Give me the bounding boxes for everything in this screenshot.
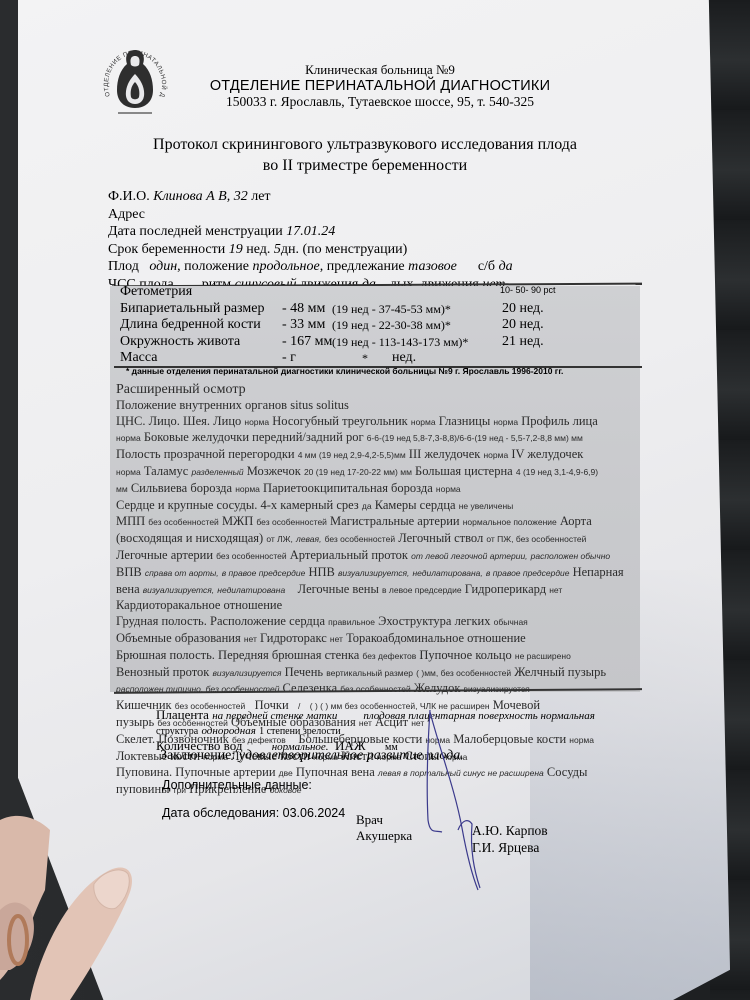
text-fragment: норма (116, 467, 141, 477)
text-fragment: Протокол скринингового ультразвукового и… (100, 134, 630, 155)
text-fragment: тазовое (408, 259, 457, 274)
text-fragment: без особенностей (216, 551, 287, 561)
text-fragment: нормальное положение (463, 517, 557, 527)
text-fragment: Положение внутренних органов situs solit… (116, 398, 640, 414)
text-fragment: Сильвиева борозда (131, 481, 232, 495)
fetometry-row: Окружность живота- 167 мм(19 нед - 113-1… (112, 334, 632, 351)
text-fragment: норма Таламус разделенный Мозжечок 20 (1… (116, 464, 640, 481)
text-fragment: недилатирована, (413, 568, 483, 578)
text-fragment: нед. (246, 242, 270, 257)
text-fragment: визуализируется, (143, 585, 214, 595)
text-fragment: Аорта (560, 514, 592, 528)
fetometry-row: Бипариетальный размер- 48 мм(19 нед - 37… (112, 301, 632, 318)
text-fragment: однородная (201, 725, 255, 737)
text-fragment: (19 нед - 22-30-38 мм)* (332, 317, 451, 334)
text-fragment: не расширено (515, 651, 571, 661)
text-fragment: норма (116, 433, 141, 443)
text-fragment: структура однородная 1 степени зрелости (156, 723, 636, 739)
text-fragment: Венозный проток (116, 665, 209, 679)
text-fragment: норма (244, 417, 269, 427)
text-fragment: - 167 мм (282, 334, 332, 351)
document-title: Протокол скринингового ультразвукового и… (100, 134, 630, 176)
matryoshka-logo-icon: ОТДЕЛЕНИЕ ПЕРИНАТАЛЬНОЙ ДИАГНОСТИКИ (100, 34, 170, 118)
text-fragment: вена визуализируется, недилатирована Лег… (116, 582, 640, 599)
text-fragment: Носогубный треугольник (272, 414, 408, 428)
text-fragment: Дата последней менструации (108, 224, 283, 239)
text-fragment: Таламус (144, 464, 188, 478)
text-fragment: ЦНС. Лицо. Шея. Лицо норма Носогубный тр… (116, 414, 640, 431)
text-fragment: на передней стенке матки (212, 710, 337, 722)
lmp-line: Дата последней менструации 17.01.24 (108, 223, 608, 241)
text-fragment: Объемные образования (116, 631, 241, 645)
text-fragment: НПВ (308, 565, 334, 579)
text-fragment: Профиль лица (521, 414, 598, 428)
text-fragment: 4 (19 нед 3,1-4,9-6,9) (516, 467, 598, 477)
text-fragment: во II триместре беременности (100, 155, 630, 176)
hand-holding-paper (0, 800, 180, 1000)
text-fragment: не увеличены (459, 501, 514, 511)
text-fragment: Легочные артерии (116, 548, 213, 562)
text-fragment: визуализируется (212, 668, 281, 678)
text-fragment: без особенностей (256, 517, 327, 527)
text-fragment: визуализируется, (338, 568, 409, 578)
text-fragment: обычная (494, 617, 528, 627)
text-fragment: - 33 мм (282, 317, 325, 334)
text-fragment: 1 степени зрелости (259, 726, 341, 737)
text-fragment: Селезенка (283, 681, 338, 695)
text-fragment: от левой легочной артерии, (411, 551, 527, 561)
text-fragment: - 48 мм (282, 301, 325, 318)
text-fragment: в правое предсердие (222, 568, 306, 578)
text-fragment: (19 нед - 37-45-53 мм)* (332, 301, 451, 318)
text-fragment: МПП (116, 514, 145, 528)
text-fragment: Магистральные артерии (330, 514, 460, 528)
text-fragment: Желчный пузырь (514, 665, 606, 679)
text-fragment: 20 (19 нед 17-20-22 мм) мм (304, 467, 412, 477)
text-fragment: нет (244, 634, 257, 644)
patient-info: Ф.И.О. Клинова А В, 32 лет Адрес Дата по… (108, 188, 608, 293)
text-fragment: недилатирована (217, 585, 285, 595)
text-fragment: Легочные артерии без особенностей Артери… (116, 548, 640, 565)
text-fragment: продольное (253, 259, 320, 274)
text-fragment: две (279, 768, 293, 778)
text-fragment: III желудочек (409, 447, 481, 461)
text-fragment: 20 нед. (502, 301, 544, 318)
text-fragment: от ПЖ, без особенностей (486, 534, 586, 544)
text-fragment: структура (156, 726, 198, 737)
text-fragment: Полость прозрачной перегородки (116, 447, 295, 461)
footnote: * данные отделения перинатальной диагнос… (126, 366, 563, 376)
text-fragment: норма (436, 484, 461, 494)
fetometry-row: Длина бедренной кости- 33 мм(19 нед - 22… (112, 317, 632, 334)
text-fragment: 21 нед. (502, 334, 544, 351)
text-fragment: Окружность живота (120, 334, 240, 351)
text-fragment: (восходящая и нисходящая) (116, 531, 263, 545)
text-fragment: , положение (177, 259, 249, 274)
text-fragment: Кардиоторакальное отношение (116, 598, 640, 614)
text-fragment: Грудная полость. Расположение сердца пра… (116, 614, 640, 631)
text-fragment: Фетометрия10- 50- 90 pct (112, 284, 632, 301)
text-fragment: IV желудочек (511, 447, 583, 461)
text-fragment: ( )мм, без особенностей (416, 668, 511, 678)
department-name: ОТДЕЛЕНИЕ ПЕРИНАТАЛЬНОЙ ДИАГНОСТИКИ (190, 78, 570, 94)
text-fragment: норма (411, 417, 436, 427)
text-fragment: с/б (478, 259, 495, 274)
text-fragment: один (149, 259, 177, 274)
text-fragment: Заключение: (160, 748, 235, 763)
text-fragment: в левое предсердие (382, 585, 462, 595)
text-fragment: * (362, 350, 368, 367)
exam-date: Дата обследования: 03.06.2024 (162, 806, 345, 820)
text-fragment: нед. (392, 350, 416, 367)
text-fragment: , предлежание (320, 259, 405, 274)
text-fragment: Боковые желудочки передний/задний рог (144, 430, 364, 444)
text-fragment: 19 (229, 242, 243, 257)
text-fragment: Камеры сердца (375, 498, 456, 512)
text-fragment: мм (116, 484, 128, 494)
text-fragment: нет (330, 634, 343, 644)
text-fragment: (восходящая и нисходящая) от ЛЖ, левая, … (116, 531, 640, 548)
text-fragment: 17.01.24 (286, 224, 335, 239)
text-fragment: 5 (274, 242, 281, 257)
text-fragment: Ф.И.О. (108, 189, 150, 204)
hospital-address: 150033 г. Ярославль, Тутаевское шоссе, 9… (190, 94, 570, 110)
fetometry-row: Масса- г *нед. (112, 350, 632, 367)
text-fragment: 6-6-(19 нед 5,8-7,3-8,8)/6-6-(19 нед - 5… (367, 433, 583, 443)
text-fragment: Брюшная полость. Передняя брюшная стенка… (116, 648, 640, 665)
text-fragment: от ЛЖ, (266, 534, 293, 544)
text-fragment: ЦНС. Лицо. Шея. Лицо (116, 414, 241, 428)
text-fragment: Сосуды (547, 765, 588, 779)
address-line: Адрес (108, 206, 608, 224)
term-line: Срок беременности 19 нед. 5дн. (по менст… (108, 241, 608, 259)
text-fragment: без дефектов (362, 651, 416, 661)
text-fragment: норма (493, 417, 518, 427)
text-fragment: Гидроперикард (465, 582, 546, 596)
text-fragment: нет (549, 585, 562, 595)
text-fragment: Легочные вены (298, 582, 379, 596)
text-fragment: пузырь (116, 715, 154, 729)
letterhead: Клиническая больница №9 ОТДЕЛЕНИЕ ПЕРИНА… (190, 62, 570, 110)
text-fragment: Мозжечок (247, 464, 301, 478)
text-fragment: расположен обычно (531, 551, 610, 561)
text-fragment: лет (251, 189, 270, 204)
text-fragment: ВПВ справа от аорты, в правое предсердие… (116, 565, 640, 582)
extended-exam-title: Расширенный осмотр (116, 382, 640, 398)
text-fragment: да (499, 259, 513, 274)
text-fragment: Плацента (156, 707, 209, 722)
text-fragment: Гидроторакс (260, 631, 327, 645)
text-fragment: Объемные образования нет Гидроторакс нет… (116, 631, 640, 648)
fetometry-section: Фетометрия10- 50- 90 pct Бипариетальный … (112, 284, 632, 367)
percentile-label: 10- 50- 90 pct (500, 282, 556, 299)
text-fragment: да (362, 501, 372, 511)
text-fragment: Плод (108, 259, 139, 274)
text-fragment: 20 нед. (502, 317, 544, 334)
text-fragment: Масса (120, 350, 157, 367)
text-fragment: Полость прозрачной перегородки 4 мм (19 … (116, 447, 640, 464)
text-fragment: Сердце и крупные сосуды. 4-х камерный ср… (116, 498, 359, 512)
fetometry-title: Фетометрия (120, 284, 192, 301)
text-fragment: норма (235, 484, 260, 494)
text-fragment: Грудная полость. Расположение сердца (116, 614, 325, 628)
text-fragment: Пупочное кольцо (419, 648, 511, 662)
text-fragment: 4 мм (19 нед 2,9-4,2-5,5)мм (298, 450, 406, 460)
text-fragment: без особенностей (148, 517, 219, 527)
text-fragment: (19 нед - 113-143-173 мм)* (332, 334, 468, 351)
text-fragment: Длина бедренной кости (120, 317, 261, 334)
hospital-name: Клиническая больница №9 (190, 62, 570, 78)
text-fragment: Непарная (573, 565, 624, 579)
text-fragment: разделенный (191, 467, 243, 477)
text-fragment: вена (116, 582, 140, 596)
text-fragment: Венозный проток визуализируется Печень в… (116, 665, 640, 682)
text-fragment: Артериальный проток (290, 548, 408, 562)
text-fragment: Клинова А В, 32 (153, 189, 247, 204)
text-fragment: Печень (285, 665, 324, 679)
text-fragment: норма Боковые желудочки передний/задний … (116, 430, 640, 447)
text-fragment: Большая цистерна (415, 464, 513, 478)
text-fragment: - г (282, 350, 296, 367)
fetus-line: Плод один, положение продольное, предлеж… (108, 258, 608, 276)
text-fragment: Плацента на передней стенке матки плодов… (156, 708, 636, 723)
text-fragment: Легочный ствол (398, 531, 483, 545)
text-fragment: мм Сильвиева борозда норма Париетоокципи… (116, 481, 640, 498)
additional-data-label: Дополнительные данные: (162, 778, 312, 792)
text-fragment: Желудок (414, 681, 461, 695)
text-fragment: Срок беременности (108, 242, 225, 257)
text-fragment: в правое предсердие (486, 568, 570, 578)
text-fragment: МЖП (222, 514, 253, 528)
text-fragment: правильное (328, 617, 375, 627)
text-fragment: Глазницы (439, 414, 490, 428)
text-fragment: ВПВ (116, 565, 142, 579)
text-fragment: Брюшная полость. Передняя брюшная стенка (116, 648, 359, 662)
text-fragment: Эхоструктура легких (378, 614, 490, 628)
text-fragment: Сердце и крупные сосуды. 4-х камерный ср… (116, 498, 640, 515)
patient-name-line: Ф.И.О. Клинова А В, 32 лет (108, 188, 608, 206)
text-fragment: дн. (по менструации) (281, 242, 407, 257)
text-fragment: левая, (296, 534, 321, 544)
text-fragment: Торакоабдоминальное отношение (346, 631, 526, 645)
text-fragment: без особенностей (325, 534, 396, 544)
handwritten-signature (400, 700, 520, 900)
text-fragment: Бипариетальный размер (120, 301, 264, 318)
text-fragment: вертикальный размер (326, 668, 413, 678)
text-fragment: справа от аорты, (145, 568, 219, 578)
text-fragment: МПП без особенностей МЖП без особенносте… (116, 514, 640, 531)
text-fragment: Париетоокципитальная борозда (263, 481, 433, 495)
text-fragment: норма (483, 450, 508, 460)
